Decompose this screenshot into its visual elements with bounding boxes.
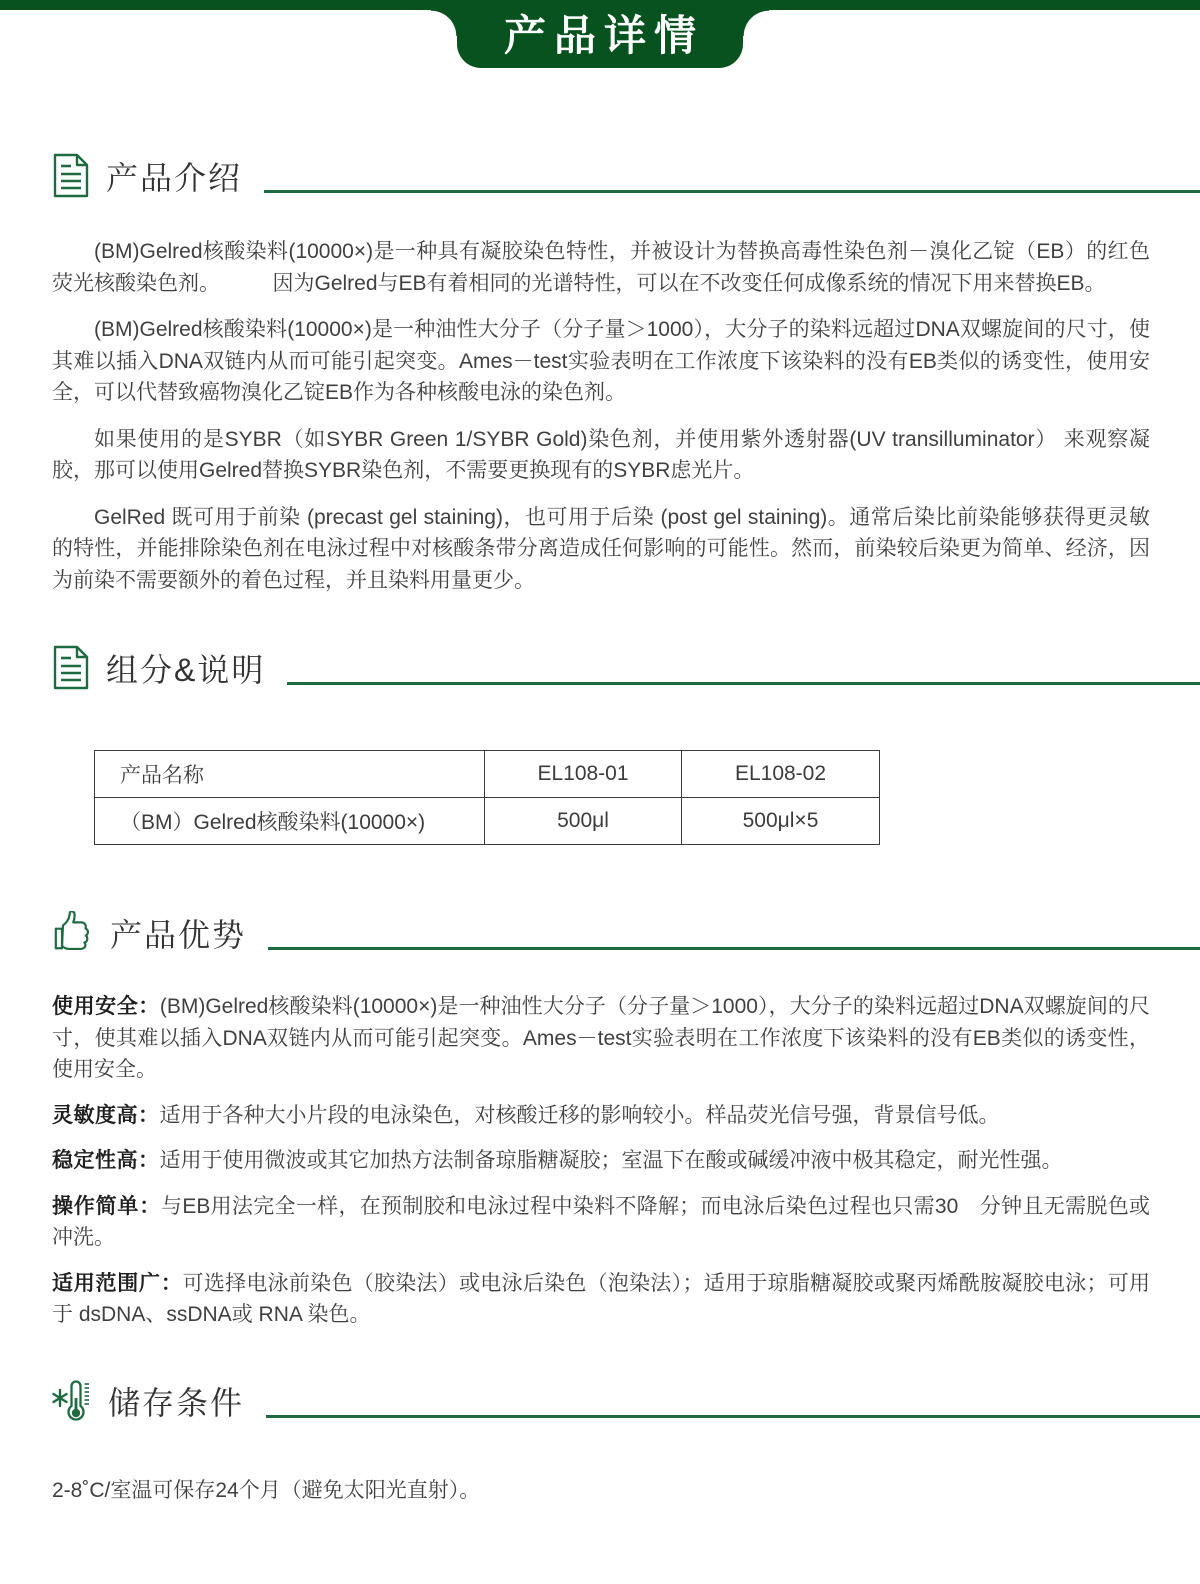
table-header-product-name: 产品名称: [95, 751, 485, 798]
page-content: 产品介绍 (BM)Gelred核酸染料(10000×)是一种具有凝胶染色特性，并…: [0, 150, 1200, 1546]
advantage-item: 适用范围广：可选择电泳前染色（胶染法）或电泳后染色（泡染法）；适用于琼脂糖凝胶或…: [52, 1268, 1150, 1331]
section-title-advantages: 产品优势: [110, 910, 246, 956]
section-header-components: 组分&说明: [52, 642, 1200, 694]
section-title-intro: 产品介绍: [106, 153, 242, 199]
thermometer-snowflake-icon: [52, 1378, 92, 1424]
advantage-item: 操作简单：与EB用法完全一样，在预制胶和电泳过程中染料不降解；而电泳后染色过程也…: [52, 1191, 1150, 1254]
advantage-label: 灵敏度高：: [52, 1104, 160, 1127]
advantage-label: 使用安全：: [52, 995, 160, 1018]
table-cell-product-name: （BM）Gelred核酸染料(10000×): [95, 798, 485, 845]
section-divider: [287, 682, 1200, 685]
storage-condition-text: 2-8˚C/室温可保存24个月（避免太阳光直射）。: [52, 1475, 1150, 1507]
table-header-sku2: EL108-02: [682, 751, 880, 798]
section-title-components: 组分&说明: [106, 645, 265, 691]
intro-paragraph: GelRed 既可用于前染 (precast gel staining)，也可用…: [52, 502, 1150, 597]
table-row: （BM）Gelred核酸染料(10000×) 500μl 500μl×5: [95, 798, 880, 845]
components-table: 产品名称 EL108-01 EL108-02 （BM）Gelred核酸染料(10…: [94, 750, 880, 845]
advantage-item: 稳定性高：适用于使用微波或其它加热方法制备琼脂糖凝胶；室温下在酸或碱缓冲液中极其…: [52, 1145, 1150, 1177]
section-header-storage: 储存条件: [52, 1375, 1200, 1427]
table-cell-size1: 500μl: [485, 798, 682, 845]
section-divider: [268, 947, 1200, 950]
page-header: 产品详情: [0, 10, 1200, 68]
advantage-text: 适用于各种大小片段的电泳染色，对核酸迁移的影响较小。样品荧光信号强，背景信号低。: [160, 1104, 1000, 1127]
thumbs-up-icon: [52, 911, 94, 955]
table-header-sku1: EL108-01: [485, 751, 682, 798]
advantage-text: 与EB用法完全一样，在预制胶和电泳过程中染料不降解；而电泳后染色过程也只需30 …: [52, 1195, 1150, 1250]
document-icon: [52, 645, 90, 691]
page-title: 产品详情: [496, 15, 704, 57]
advantage-text: (BM)Gelred核酸染料(10000×)是一种油性大分子（分子量＞1000）…: [52, 995, 1150, 1081]
intro-paragraph: (BM)Gelred核酸染料(10000×)是一种油性大分子（分子量＞1000）…: [52, 314, 1150, 409]
advantage-label: 稳定性高：: [52, 1149, 160, 1172]
advantage-text: 可选择电泳前染色（胶染法）或电泳后染色（泡染法）；适用于琼脂糖凝胶或聚丙烯酰胺凝…: [52, 1272, 1150, 1327]
intro-paragraph: (BM)Gelred核酸染料(10000×)是一种具有凝胶染色特性，并被设计为替…: [52, 236, 1150, 299]
advantage-text: 适用于使用微波或其它加热方法制备琼脂糖凝胶；室温下在酸或碱缓冲液中极其稳定，耐光…: [160, 1149, 1063, 1172]
intro-paragraph: 如果使用的是SYBR（如SYBR Green 1/SYBR Gold)染色剂，并…: [52, 424, 1150, 487]
advantage-label: 适用范围广：: [52, 1272, 183, 1295]
advantage-item: 使用安全：(BM)Gelred核酸染料(10000×)是一种油性大分子（分子量＞…: [52, 991, 1150, 1086]
section-header-intro: 产品介绍: [52, 150, 1200, 202]
advantage-item: 灵敏度高：适用于各种大小片段的电泳染色，对核酸迁移的影响较小。样品荧光信号强，背…: [52, 1100, 1150, 1132]
section-divider: [266, 1415, 1200, 1418]
table-cell-size2: 500μl×5: [682, 798, 880, 845]
advantage-label: 操作简单：: [52, 1195, 161, 1218]
top-green-bar: [0, 0, 1200, 10]
table-header-row: 产品名称 EL108-01 EL108-02: [95, 751, 880, 798]
section-divider: [264, 190, 1200, 193]
document-icon: [52, 153, 90, 199]
section-header-advantages: 产品优势: [52, 907, 1200, 959]
page-title-banner: 产品详情: [457, 10, 743, 68]
section-title-storage: 储存条件: [108, 1378, 244, 1424]
